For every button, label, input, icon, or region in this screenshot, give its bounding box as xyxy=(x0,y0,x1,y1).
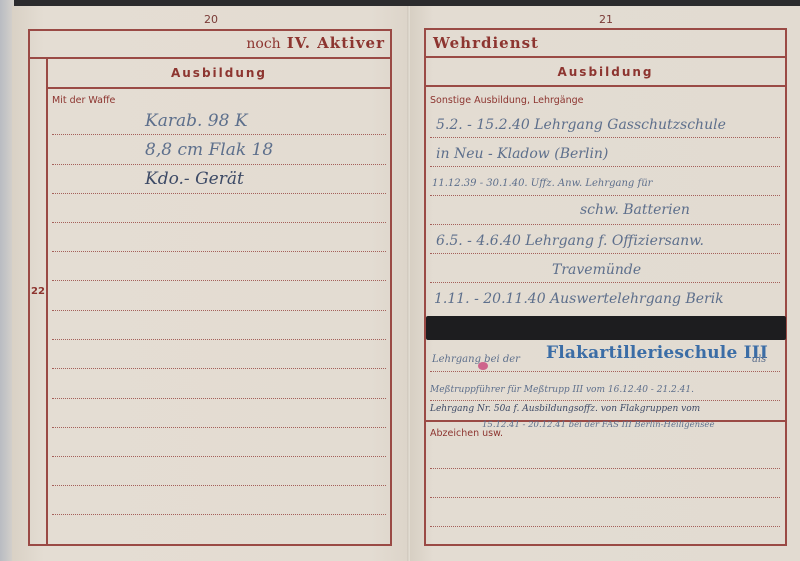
school-stamp: Flakartillerieschule III xyxy=(546,343,768,363)
handwritten-entry: 15.12.41 - 20.12.41 bei der FAS III Berl… xyxy=(482,420,715,430)
ruled-line xyxy=(52,485,386,486)
field-label-mit-der-waffe: Mit der Waffe xyxy=(52,95,115,106)
handwritten-entry: in Neu - Kladow (Berlin) xyxy=(436,146,608,162)
ruled-line xyxy=(52,251,386,252)
right-page-title: Wehrdienst xyxy=(433,34,539,52)
margin-number: 22 xyxy=(31,286,45,297)
ruled-line xyxy=(52,427,386,428)
ruled-line xyxy=(52,514,386,515)
ruled-line xyxy=(52,193,386,194)
ruled-line xyxy=(430,400,780,401)
right-section-heading: Ausbildung xyxy=(426,65,785,79)
ruled-line xyxy=(430,468,780,469)
title-main: IV. Aktiver xyxy=(287,34,385,52)
left-page-number: 20 xyxy=(204,13,218,26)
ruled-line xyxy=(52,368,386,369)
left-margin-column-divider xyxy=(46,57,48,546)
left-section-divider xyxy=(46,87,392,89)
handwritten-entry: 6.5. - 4.6.40 Lehrgang f. Offiziersanw. xyxy=(436,233,704,249)
field-label-abzeichen: Abzeichen usw. xyxy=(430,428,503,439)
ruled-line xyxy=(52,164,386,165)
handwritten-entry: 11.12.39 - 30.1.40. Uffz. Anw. Lehrgang … xyxy=(432,178,652,189)
ruled-line xyxy=(430,195,780,196)
ruled-line xyxy=(430,166,780,167)
right-section-divider xyxy=(424,85,787,87)
ruled-line xyxy=(52,398,386,399)
ruled-line xyxy=(52,134,386,135)
ruled-line xyxy=(430,253,780,254)
ruled-line xyxy=(430,526,780,527)
handwritten-entry: Kdo.- Gerät xyxy=(145,169,244,189)
handwritten-entry: Lehrgang Nr. 50a f. Ausbildungsoffz. von… xyxy=(430,404,700,414)
redaction-bar xyxy=(426,316,786,340)
handwritten-entry: schw. Batterien xyxy=(580,202,690,218)
handwritten-entry: 1.11. - 20.11.40 Auswertelehrgang Berik xyxy=(434,291,724,307)
right-title-divider xyxy=(424,56,787,58)
left-page-title: nochIV. Aktiver xyxy=(220,34,385,52)
ink-blot xyxy=(478,362,488,370)
left-outer-frame xyxy=(28,29,392,546)
handwritten-entry: als xyxy=(752,354,766,365)
title-prefix: noch xyxy=(246,36,280,52)
handwritten-entry: 8,8 cm Flak 18 xyxy=(145,140,273,160)
ruled-line xyxy=(52,310,386,311)
ruled-line xyxy=(430,137,780,138)
left-section-heading: Ausbildung xyxy=(48,66,390,80)
ruled-line xyxy=(430,371,780,372)
ruled-line xyxy=(430,282,780,283)
ruled-line xyxy=(430,224,780,225)
handwritten-entry: Meßtruppführer für Meßtrupp III vom 16.1… xyxy=(430,385,694,395)
left-title-divider xyxy=(28,57,392,59)
ruled-line xyxy=(430,497,780,498)
handwritten-entry: Travemünde xyxy=(552,262,641,278)
right-page-number: 21 xyxy=(599,13,613,26)
field-label-sonstige-ausbildung: Sonstige Ausbildung, Lehrgänge xyxy=(430,95,583,106)
handwritten-entry: Lehrgang bei der xyxy=(432,354,520,365)
handwritten-entry: 5.2. - 15.2.40 Lehrgang Gasschutzschule xyxy=(436,117,726,133)
ruled-line xyxy=(52,456,386,457)
ruled-line xyxy=(52,280,386,281)
handwritten-entry: Karab. 98 K xyxy=(145,111,248,131)
ruled-line xyxy=(52,339,386,340)
ruled-line xyxy=(52,222,386,223)
